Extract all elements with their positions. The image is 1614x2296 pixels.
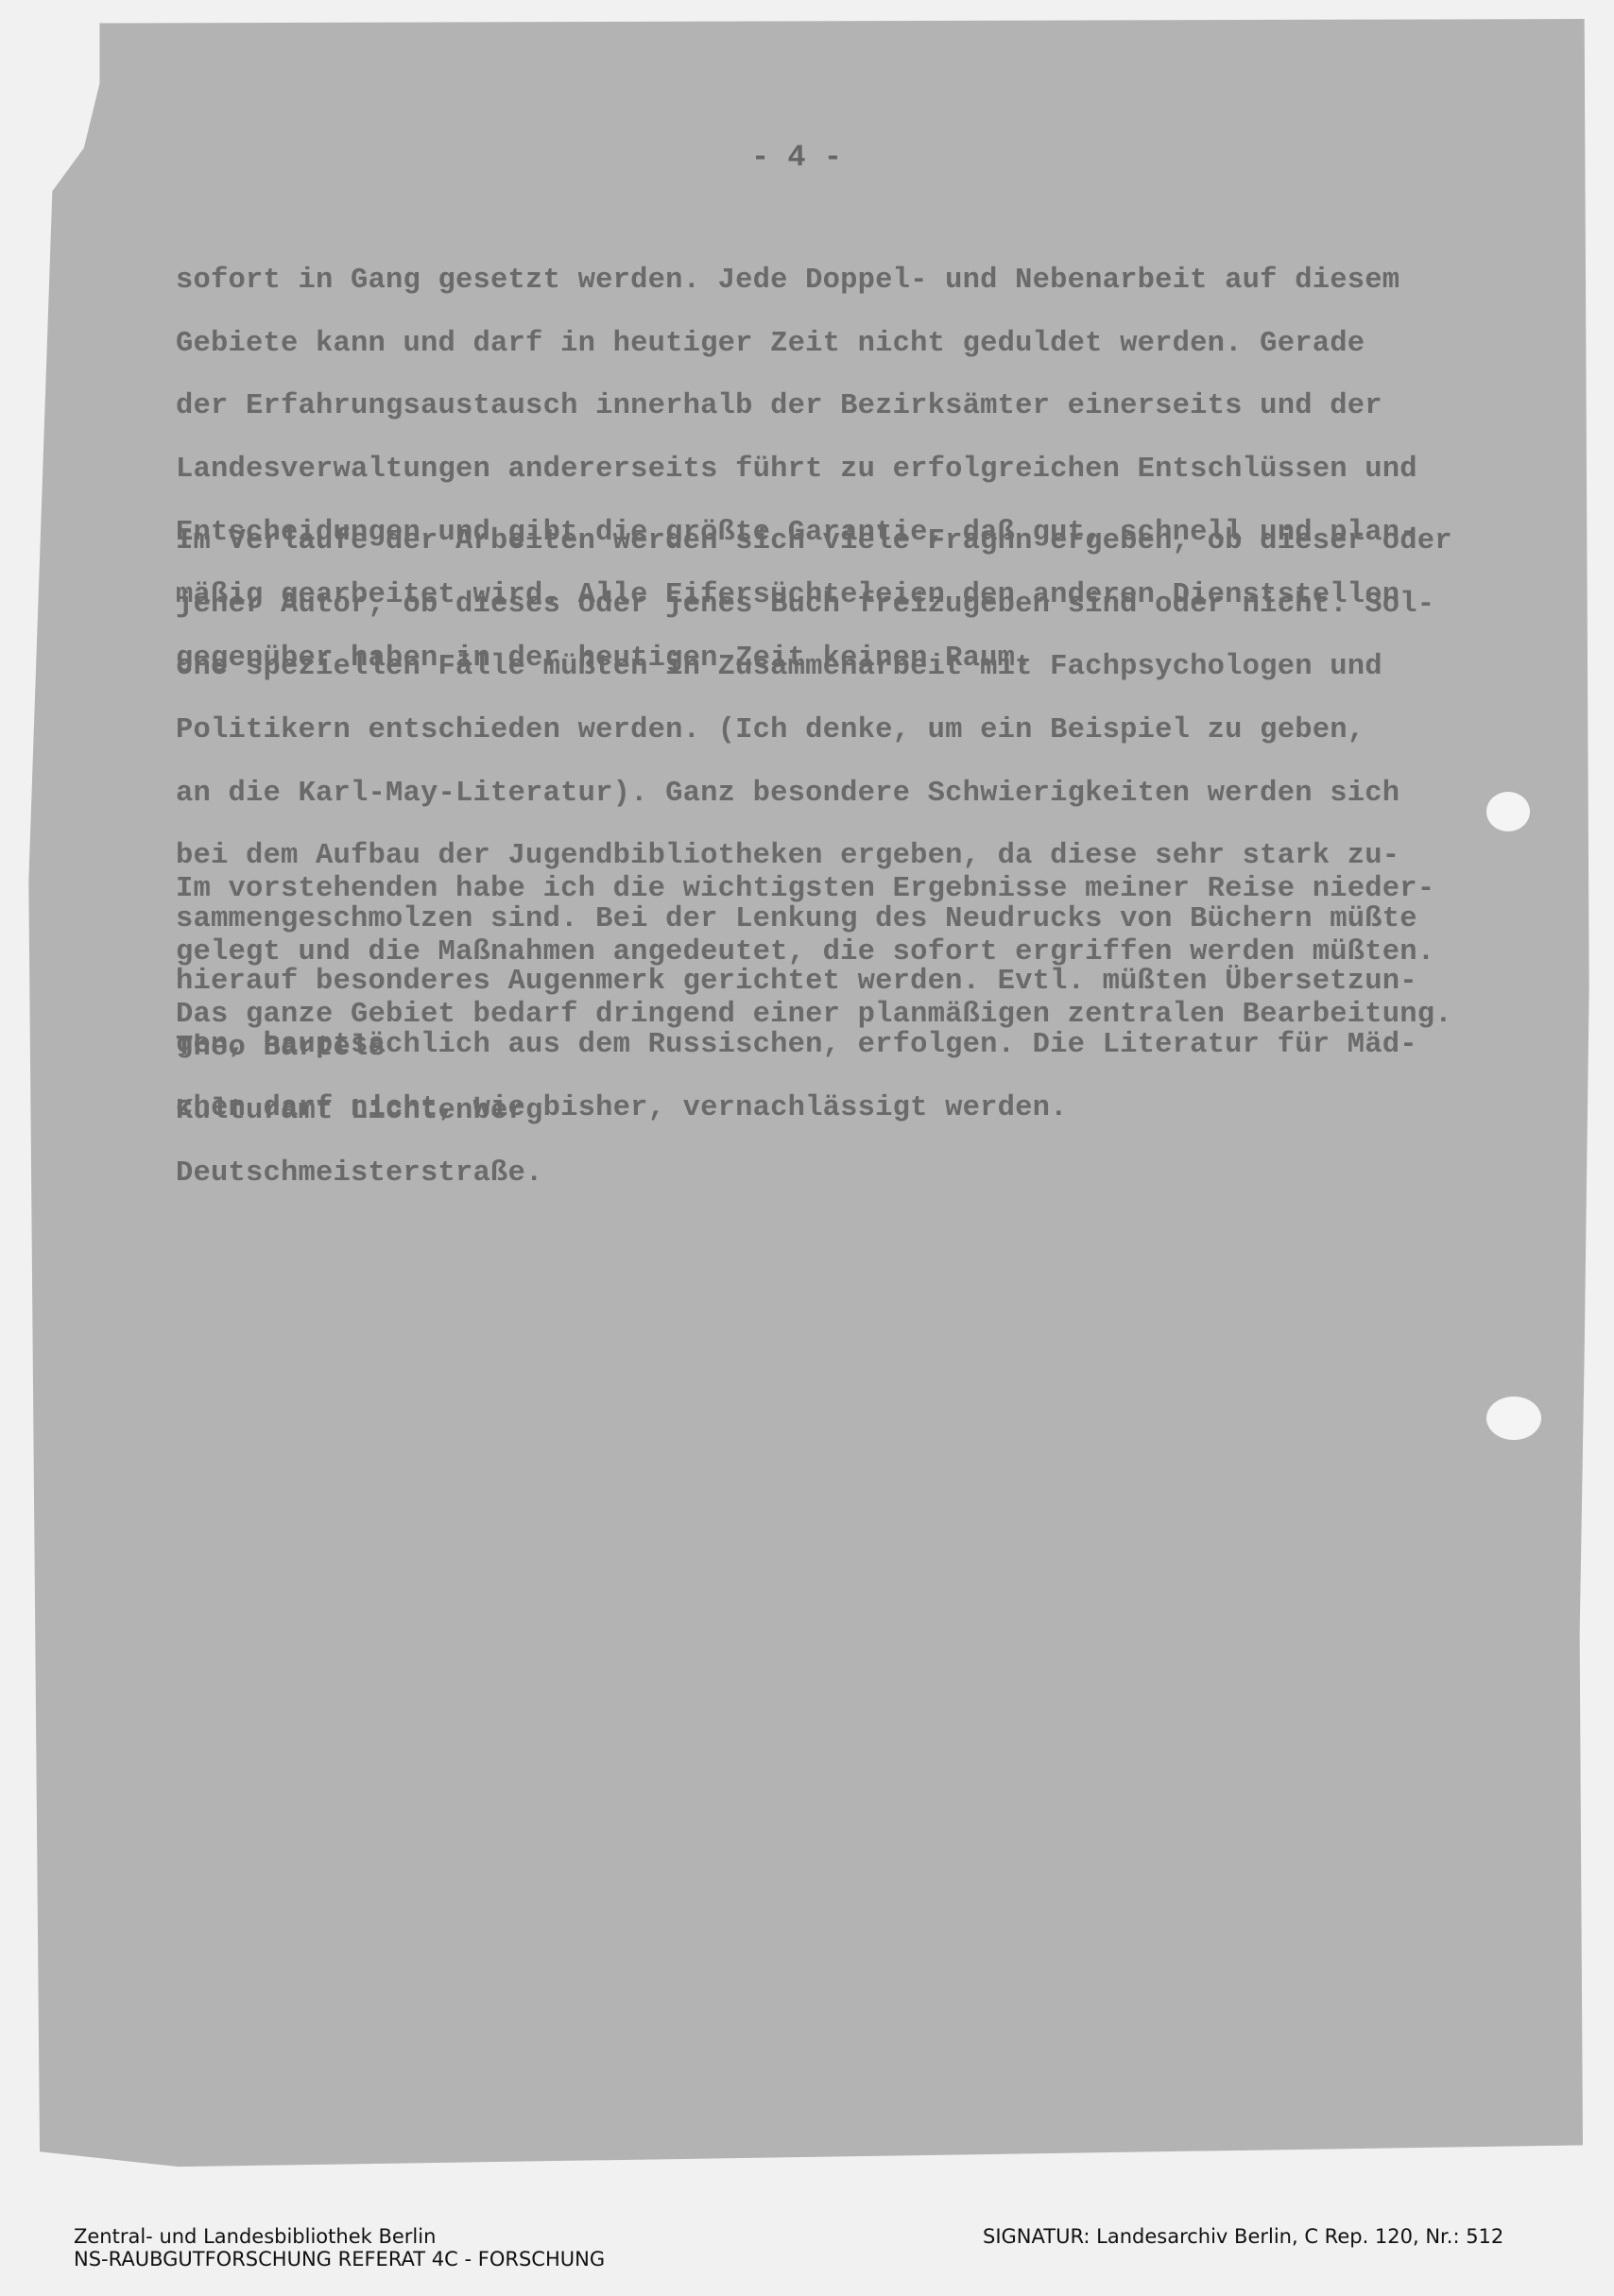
footer-department: NS-RAUBGUTFORSCHUNG REFERAT 4C - FORSCHU… <box>74 2248 605 2270</box>
punch-hole-top <box>1486 792 1530 831</box>
text-line: gelegt und die Maßnahmen angedeutet, die… <box>176 937 1452 968</box>
text-line: che speziellen Fälle müßten in Zusammena… <box>176 652 1452 683</box>
footer-library-name: Zentral- und Landesbibliothek Berlin <box>74 2225 605 2248</box>
text-line: Gebiete kann und darf in heutiger Zeit n… <box>176 329 1417 360</box>
footer-library-credit: Zentral- und Landesbibliothek Berlin NS-… <box>74 2225 605 2270</box>
text-line: jener Autor, ob dieses oder jenes Buch f… <box>176 590 1452 621</box>
text-line: Landesverwaltungen andererseits führt zu… <box>176 454 1417 486</box>
text-line: der Erfahrungsaustausch innerhalb der Be… <box>176 391 1417 422</box>
text-line: Im vorstehenden habe ich die wichtigsten… <box>176 874 1452 905</box>
signature-block: Theo Bartels Kulturamt Lichtenberg Deuts… <box>176 1002 543 1222</box>
text-line: an die Karl-May-Literatur). Ganz besonde… <box>176 779 1452 810</box>
signature-name: Theo Bartels <box>176 1033 543 1064</box>
text-line: Politikern entschieden werden. (Ich denk… <box>176 715 1452 746</box>
punch-hole-bottom <box>1486 1396 1541 1440</box>
signature-office: Kulturamt Lichtenberg <box>176 1096 543 1127</box>
signature-address: Deutschmeisterstraße. <box>176 1158 543 1190</box>
page-number: - 4 - <box>751 140 842 175</box>
footer-signature-reference: SIGNATUR: Landesarchiv Berlin, C Rep. 12… <box>983 2225 1503 2248</box>
text-line: Im Verlaufe der Arbeiten werden sich vie… <box>176 526 1452 557</box>
text-line: sofort in Gang gesetzt werden. Jede Dopp… <box>176 266 1417 297</box>
footer-archive-signature: SIGNATUR: Landesarchiv Berlin, C Rep. 12… <box>983 2225 1503 2248</box>
